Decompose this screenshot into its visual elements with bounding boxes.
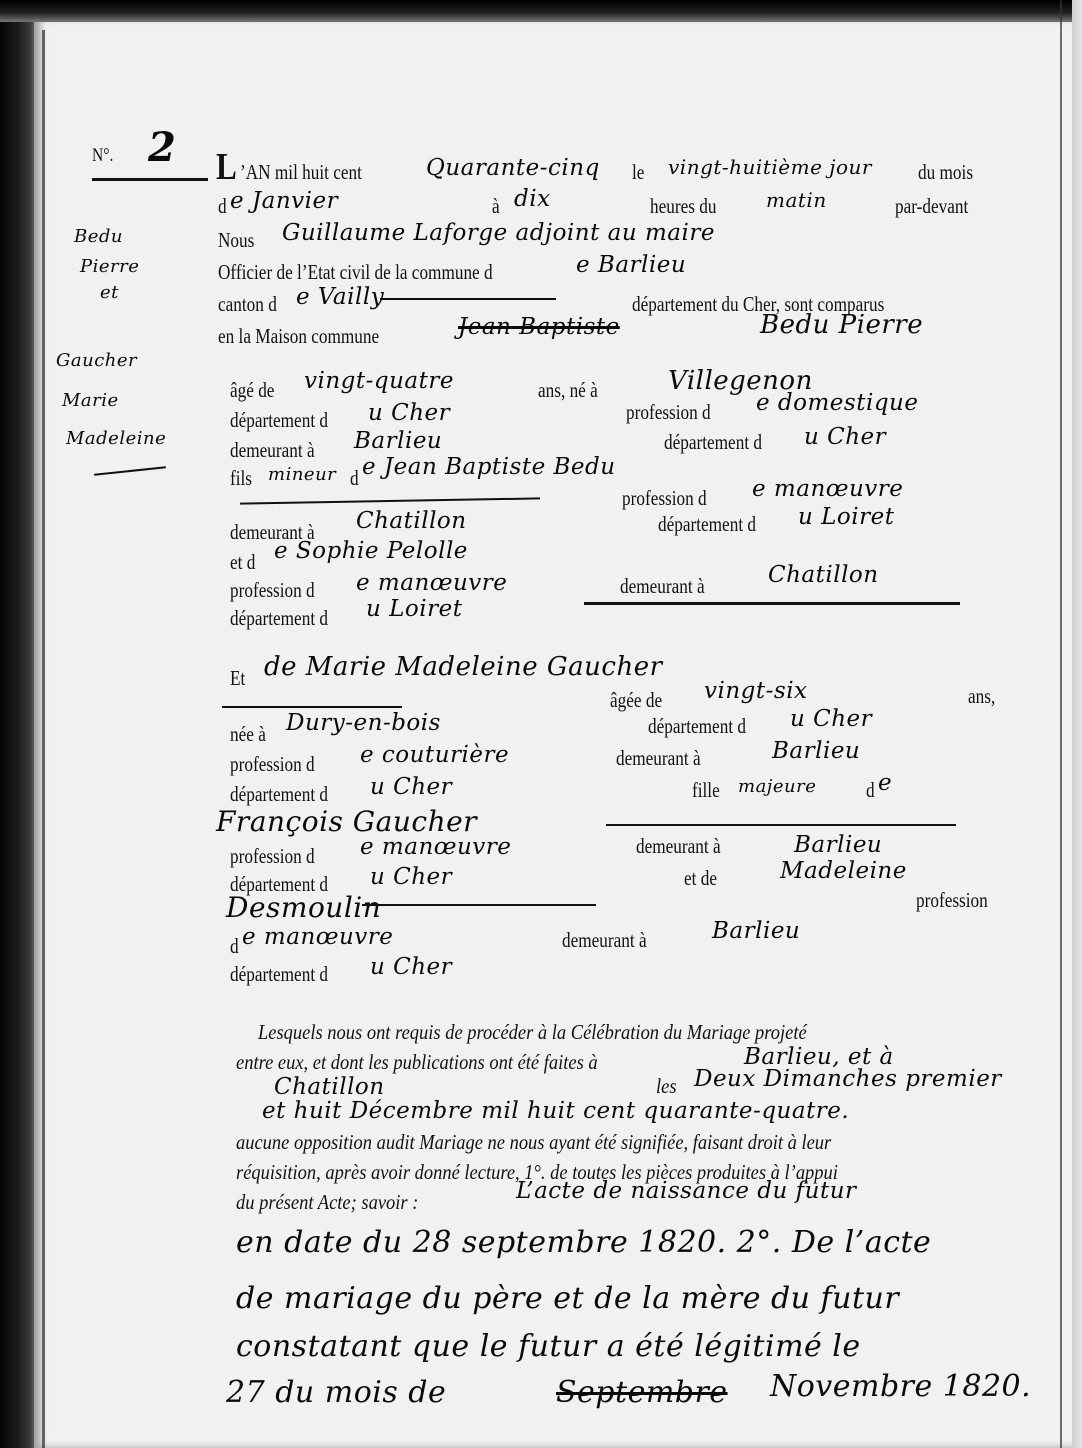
print-text: profession d xyxy=(230,580,315,601)
print-text: profession d xyxy=(230,754,315,775)
print-text: demeurant à xyxy=(616,748,701,769)
field-bride-mother-profession: e manœuvre xyxy=(242,926,393,949)
field-bride-age: vingt-six xyxy=(704,680,808,703)
margin-bride-given-1: Marie xyxy=(62,392,119,410)
fill-rule xyxy=(222,706,402,708)
print-text: profession d xyxy=(626,402,711,423)
fill-rule xyxy=(362,904,596,906)
field-bride-mother-surname: Desmoulin xyxy=(226,894,381,922)
field-groom-father-residence: Chatillon xyxy=(356,510,467,533)
print-text: département d xyxy=(230,964,328,985)
print-text: âgé de xyxy=(230,380,274,401)
print-text: demeurant à xyxy=(230,440,315,461)
field-documents-3: de mariage du père et de la mère du futu… xyxy=(236,1284,899,1314)
field-groom-name: Bedu Pierre xyxy=(760,312,923,338)
field-groom-mother-dept: u Loiret xyxy=(366,598,462,621)
margin-groom-given: Pierre xyxy=(80,258,139,276)
field-officer: Guillaume Laforge adjoint au maire xyxy=(282,222,715,245)
field-groom-mother: e Sophie Pelolle xyxy=(274,540,468,563)
record-number-underline xyxy=(92,178,208,181)
print-text: ’AN mil huit cent xyxy=(240,162,362,183)
margin-bride-given-2: Madeleine xyxy=(66,430,166,448)
field-groom-dept: u Cher xyxy=(368,402,450,425)
field-legitimation-date: Novembre 1820. xyxy=(770,1372,1031,1402)
field-groom-father-profession: e manœuvre xyxy=(752,478,903,501)
print-text: département d xyxy=(658,514,756,535)
print-text: département d xyxy=(230,784,328,805)
print-text: et de xyxy=(684,868,717,889)
field-hour: dix xyxy=(514,188,551,211)
print-text: heures du xyxy=(650,196,716,217)
print-text: d xyxy=(866,780,875,801)
field-canton: e Vailly xyxy=(296,286,384,309)
field-documents: L’acte de naissance du futur xyxy=(516,1180,857,1203)
field-bride-father-profession: e manœuvre xyxy=(360,836,511,859)
field-bride-mother-residence: Barlieu xyxy=(712,920,800,943)
field-documents-4: constatant que le futur a été légitimé l… xyxy=(236,1332,861,1362)
record-number-label: N°. xyxy=(92,146,113,165)
page-right-edge xyxy=(1072,0,1082,1448)
print-text: par-devant xyxy=(895,196,968,217)
print-text: demeurant à xyxy=(562,930,647,951)
page-fold-line xyxy=(1060,0,1062,1448)
print-text: aucune opposition audit Mariage ne nous … xyxy=(236,1132,831,1153)
field-bride-father-residence: Barlieu xyxy=(794,834,882,857)
field-bride-dept: u Cher xyxy=(790,708,872,731)
field-commune: e Barlieu xyxy=(576,254,686,277)
field-struck-month: Septembre xyxy=(556,1378,728,1408)
field-day: vingt-huitième jour xyxy=(668,157,872,177)
print-text: d xyxy=(218,196,227,217)
print-text: du présent Acte; savoir : xyxy=(236,1192,418,1213)
field-groom-age: vingt-quatre xyxy=(304,370,454,393)
print-text: Nous xyxy=(218,230,254,251)
margin-conjunction: et xyxy=(100,284,119,302)
field-bride-residence: Barlieu xyxy=(772,740,860,763)
field-year: Quarante-cinq xyxy=(426,157,600,180)
print-text: née à xyxy=(230,724,266,745)
field-groom-father: e Jean Baptiste Bedu xyxy=(362,456,616,479)
margin-groom-surname: Bedu xyxy=(74,228,123,246)
field-groom-mother-residence: Chatillon xyxy=(768,564,879,587)
print-text: profession xyxy=(916,890,988,911)
dropcap: L xyxy=(216,148,237,186)
print-text: les xyxy=(656,1076,677,1097)
field-groom-mother-profession: e manœuvre xyxy=(356,572,507,595)
print-text: demeurant à xyxy=(620,576,705,597)
fill-rule xyxy=(380,298,556,300)
fill-rule xyxy=(584,602,960,605)
field-bride-mother-dept: u Cher xyxy=(370,956,452,979)
field-documents-2: en date du 28 septembre 1820. 2°. De l’a… xyxy=(236,1228,931,1258)
page-left-border xyxy=(42,30,45,1448)
print-text: fille xyxy=(692,780,720,801)
page-top-shadow xyxy=(0,0,1082,22)
print-text: le xyxy=(632,162,644,183)
print-text: profession d xyxy=(622,488,707,509)
field-bride-e: e xyxy=(878,772,892,795)
field-groom-status: mineur xyxy=(268,466,336,484)
field-publications-dates: Deux Dimanches premier xyxy=(694,1068,1002,1091)
margin-bride-surname: Gaucher xyxy=(56,352,137,370)
print-text: et d xyxy=(230,552,255,573)
field-bride-status: majeure xyxy=(738,778,816,796)
print-text: âgée de xyxy=(610,690,662,711)
print-text: profession d xyxy=(230,846,315,867)
field-groom-residence: Barlieu xyxy=(354,430,442,453)
field-documents-5: 27 du mois de xyxy=(226,1378,446,1408)
print-text: département d xyxy=(648,716,746,737)
field-month: e Janvier xyxy=(230,190,338,213)
field-groom-residence-dept: u Cher xyxy=(804,426,886,449)
record-number-value: 2 xyxy=(148,128,176,168)
print-text: fils xyxy=(230,468,252,489)
field-bride-profession: e couturière xyxy=(360,744,509,767)
print-text: département d xyxy=(230,410,328,431)
field-bride-birthplace: Dury-en-bois xyxy=(286,712,441,735)
field-bride-name: de Marie Madeleine Gaucher xyxy=(264,654,663,680)
field-publications-dates-2: et huit Décembre mil huit cent quarante-… xyxy=(262,1100,849,1123)
field-publications-place-2: Chatillon xyxy=(274,1076,385,1099)
field-groom-father-dept: u Loiret xyxy=(798,506,894,529)
print-text: canton d xyxy=(218,294,277,315)
print-text: Et xyxy=(230,668,245,689)
field-time-of-day: matin xyxy=(766,190,827,210)
field-bride-father: François Gaucher xyxy=(216,808,477,836)
print-text: d xyxy=(230,936,239,957)
field-bride-father-dept: u Cher xyxy=(370,866,452,889)
print-text: Lesquels nous ont requis de procéder à l… xyxy=(258,1022,807,1043)
fill-rule xyxy=(606,824,956,826)
print-text: demeurant à xyxy=(636,836,721,857)
field-groom-profession: e domestique xyxy=(756,392,918,415)
print-text: d xyxy=(350,468,359,489)
print-text: département d xyxy=(664,432,762,453)
print-text: ans, xyxy=(968,686,995,707)
field-struck-name: Jean Baptiste xyxy=(458,316,620,339)
print-text: entre eux, et dont les publications ont … xyxy=(236,1052,598,1073)
print-text: en la Maison commune xyxy=(218,326,379,347)
field-bride-mother: Madeleine xyxy=(780,860,907,883)
field-bride-dept-residence: u Cher xyxy=(370,776,452,799)
print-text: du mois xyxy=(918,162,973,183)
print-text: à xyxy=(492,196,500,217)
print-text: Officier de l’Etat civil de la commune d xyxy=(218,262,493,283)
print-text: ans, né à xyxy=(538,380,598,401)
print-text: département d xyxy=(230,608,328,629)
